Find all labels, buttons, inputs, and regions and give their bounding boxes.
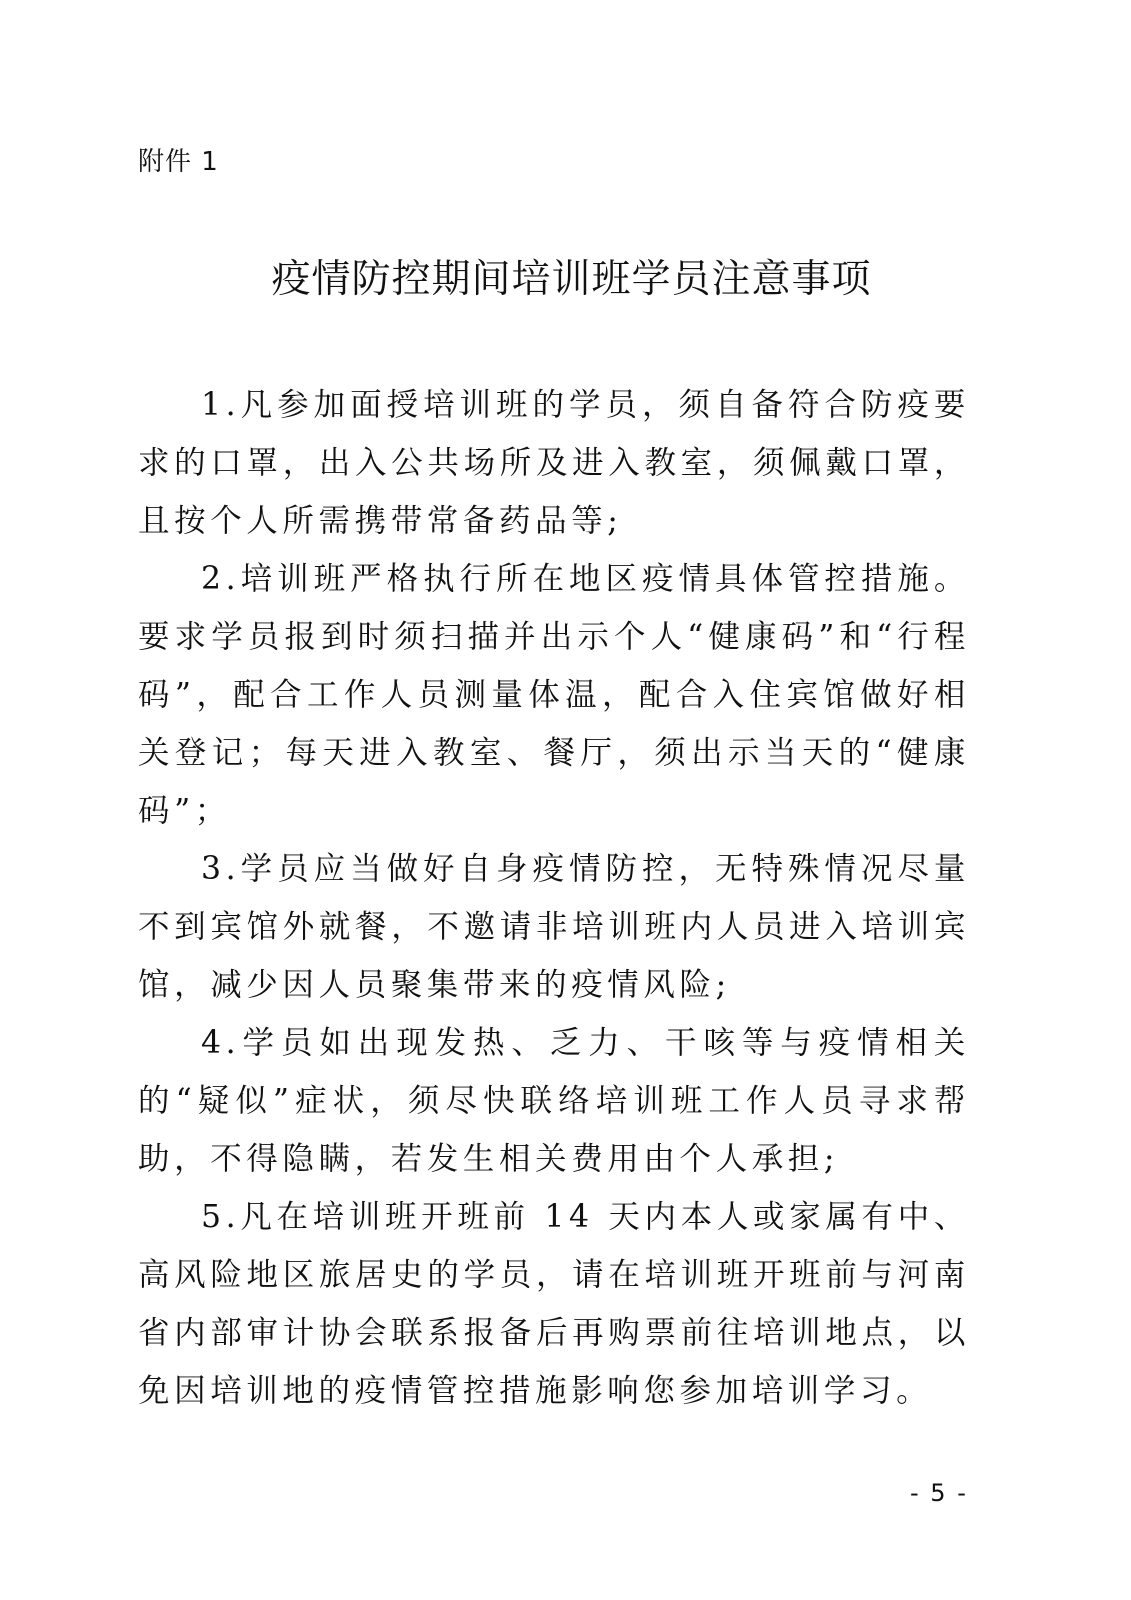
document-body: 1.凡参加面授培训班的学员，须自备符合防疫要求的口罩，出入公共场所及进入教室，须… — [138, 376, 970, 1420]
page-number: - 5 - — [910, 1478, 990, 1508]
paragraph-item-3: 3.学员应当做好自身疫情防控，无特殊情况尽量不到宾馆外就餐，不邀请非培训班内人员… — [138, 840, 970, 1014]
paragraph-item-4: 4.学员如出现发热、乏力、干咳等与疫情相关的“疑似”症状，须尽快联络培训班工作人… — [138, 1014, 970, 1188]
document-page: 附件 1 疫情防控期间培训班学员注意事项 1.凡参加面授培训班的学员，须自备符合… — [0, 0, 1131, 1600]
paragraph-item-5: 5.凡在培训班开班前 14 天内本人或家属有中、高风险地区旅居史的学员，请在培训… — [138, 1188, 970, 1420]
attachment-label: 附件 1 — [138, 142, 219, 182]
paragraph-item-2: 2.培训班严格执行所在地区疫情具体管控措施。要求学员报到时须扫描并出示个人“健康… — [138, 550, 970, 840]
paragraph-item-1: 1.凡参加面授培训班的学员，须自备符合防疫要求的口罩，出入公共场所及进入教室，须… — [138, 376, 970, 550]
document-title: 疫情防控期间培训班学员注意事项 — [0, 250, 1131, 310]
document-title-text: 疫情防控期间培训班学员注意事项 — [271, 250, 871, 310]
